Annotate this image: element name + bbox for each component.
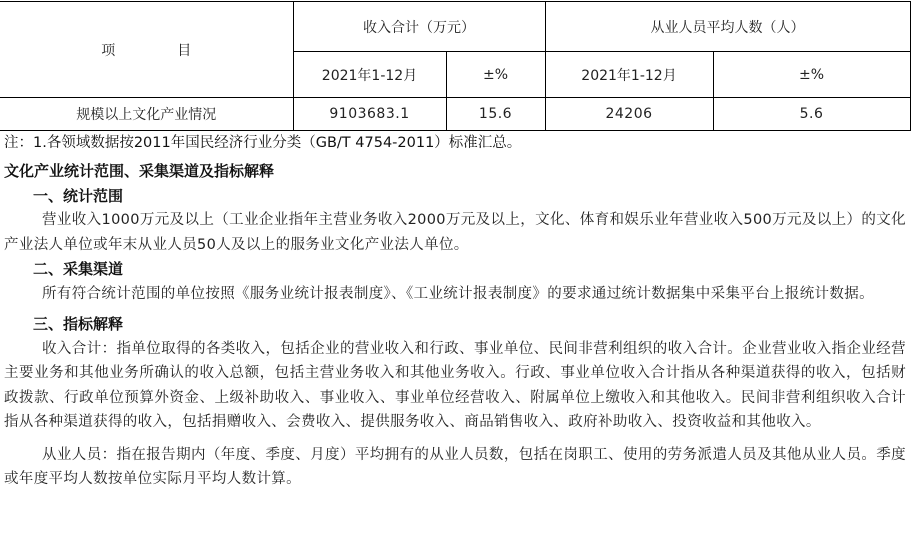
employees-change-cell: 5.6 (713, 98, 910, 131)
channel-paragraph: 所有符合统计范围的单位按照《服务业统计报表制度》、《工业统计报表制度》的要求通过… (4, 282, 906, 307)
scope-paragraph: 营业收入1000万元及以上（工业企业指年主营业务收入2000万元及以上，文化、体… (4, 208, 906, 257)
item-header-char-1: 项 (101, 40, 115, 60)
employees-value-cell: 24206 (545, 98, 713, 131)
section-heading-indicators: 三、指标解释 (4, 312, 906, 337)
explanation-section: 文化产业统计范围、采集渠道及指标解释 一、统计范围 营业收入1000万元及以上（… (4, 159, 906, 492)
employees-definition-paragraph: 从业人员：指在报告期内（年度、季度、月度）平均拥有的从业人员数，包括在岗职工、使… (4, 443, 906, 492)
revenue-group-header: 收入合计（万元） (293, 2, 545, 52)
revenue-definition-paragraph: 收入合计：指单位取得的各类收入，包括企业的营业收入和行政、事业单位、民间非营利组… (4, 337, 906, 435)
revenue-value-cell: 9103683.1 (293, 98, 446, 131)
revenue-change-header: ±% (446, 52, 545, 98)
row-item-label: 规模以上文化产业情况 (0, 98, 293, 131)
table-footnote: 注：1.各领域数据按2011年国民经济行业分类（GB/T 4754-2011）标… (4, 131, 521, 152)
revenue-period-header: 2021年1-12月 (293, 52, 446, 98)
culture-industry-stats-table: 项目 收入合计（万元） 从业人员平均人数（人） 2021年1-12月 ±% 20… (0, 1, 911, 131)
revenue-change-cell: 15.6 (446, 98, 545, 131)
section-heading-scope: 一、统计范围 (4, 184, 906, 209)
employees-period-header: 2021年1-12月 (545, 52, 713, 98)
employees-change-header: ±% (713, 52, 910, 98)
employees-group-header: 从业人员平均人数（人） (545, 2, 910, 52)
section-heading-channel: 二、采集渠道 (4, 257, 906, 282)
item-column-header: 项目 (0, 2, 293, 98)
table-row: 规模以上文化产业情况 9103683.1 15.6 24206 5.6 (0, 98, 910, 131)
table-header-row-1: 项目 收入合计（万元） 从业人员平均人数（人） (0, 2, 910, 52)
doc-title: 文化产业统计范围、采集渠道及指标解释 (4, 159, 906, 184)
item-header-char-2: 目 (177, 40, 191, 60)
